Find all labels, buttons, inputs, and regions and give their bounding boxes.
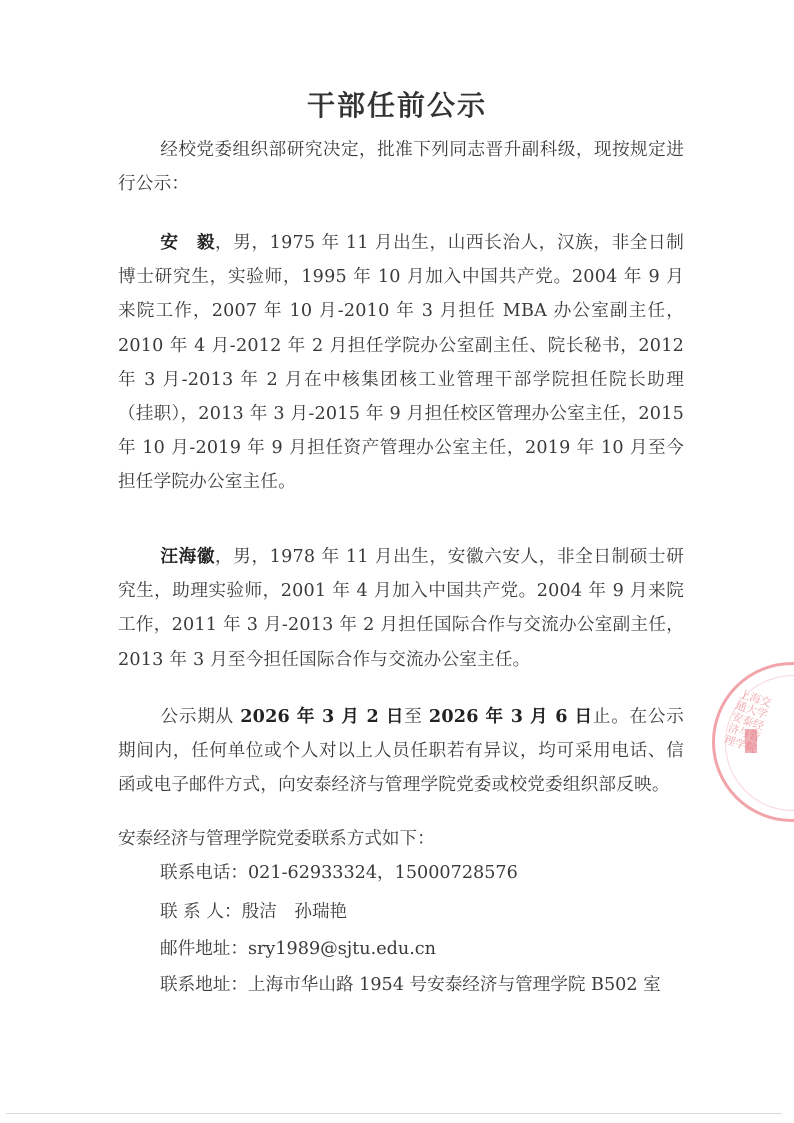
contact-address: 联系地址：上海市华山路 1954 号安泰经济与管理学院 B502 室 <box>160 968 661 1002</box>
intro-text: 经校党委组织部研究决定，批准下列同志晋升副科级，现按规定进行公示： <box>118 140 684 194</box>
candidate-name: 汪海徽 <box>160 546 215 567</box>
official-seal-stamp: 上海交通大学安泰经济与管理学院 <box>712 662 794 822</box>
period-end-date: 2026 年 3 月 6 日 <box>429 706 593 727</box>
contact-heading: 安泰经济与管理学院党委联系方式如下： <box>118 822 435 856</box>
period-prefix: 公示期从 <box>160 707 240 727</box>
intro-paragraph: 经校党委组织部研究决定，批准下列同志晋升副科级，现按规定进行公示： <box>118 133 684 201</box>
period-middle: 至 <box>404 707 429 727</box>
person-label: 联 系 人： <box>160 895 242 929</box>
address-value: 上海市华山路 1954 号安泰经济与管理学院 B502 室 <box>248 975 661 995</box>
candidate-name: 安 毅 <box>160 232 215 253</box>
email-label: 邮件地址： <box>160 932 248 966</box>
candidate-paragraph-2: 汪海徽，男，1978 年 11 月出生，安徽六安人，非全日制硕士研究生，助理实验… <box>118 540 684 677</box>
candidate-paragraph-1: 安 毅，男，1975 年 11 月出生，山西长治人，汉族，非全日制博士研究生，实… <box>118 226 684 500</box>
contact-email: 邮件地址：sry1989@sjtu.edu.cn <box>160 932 436 966</box>
notice-period-paragraph: 公示期从 2026 年 3 月 2 日至 2026 年 3 月 6 日止。在公示… <box>118 700 684 803</box>
period-start-date: 2026 年 3 月 2 日 <box>240 706 404 727</box>
seal-mark-icon <box>745 729 757 753</box>
address-label: 联系地址： <box>160 968 248 1002</box>
document-page: 干部任前公示 经校党委组织部研究决定，批准下列同志晋升副科级，现按规定进行公示：… <box>0 0 794 1123</box>
contact-phone: 联系电话：021-62933324，15000728576 <box>160 856 518 890</box>
candidate-bio: ，男，1975 年 11 月出生，山西长治人，汉族，非全日制博士研究生，实验师，… <box>118 233 684 492</box>
document-title: 干部任前公示 <box>0 84 794 124</box>
email-value[interactable]: sry1989@sjtu.edu.cn <box>248 939 436 959</box>
contact-person: 联 系 人：殷洁 孙瑞艳 <box>160 895 347 929</box>
phone-label: 联系电话： <box>160 856 248 890</box>
phone-value: 021-62933324，15000728576 <box>248 863 518 883</box>
page-bottom-edge <box>6 1113 782 1114</box>
person-value: 殷洁 孙瑞艳 <box>242 902 348 922</box>
